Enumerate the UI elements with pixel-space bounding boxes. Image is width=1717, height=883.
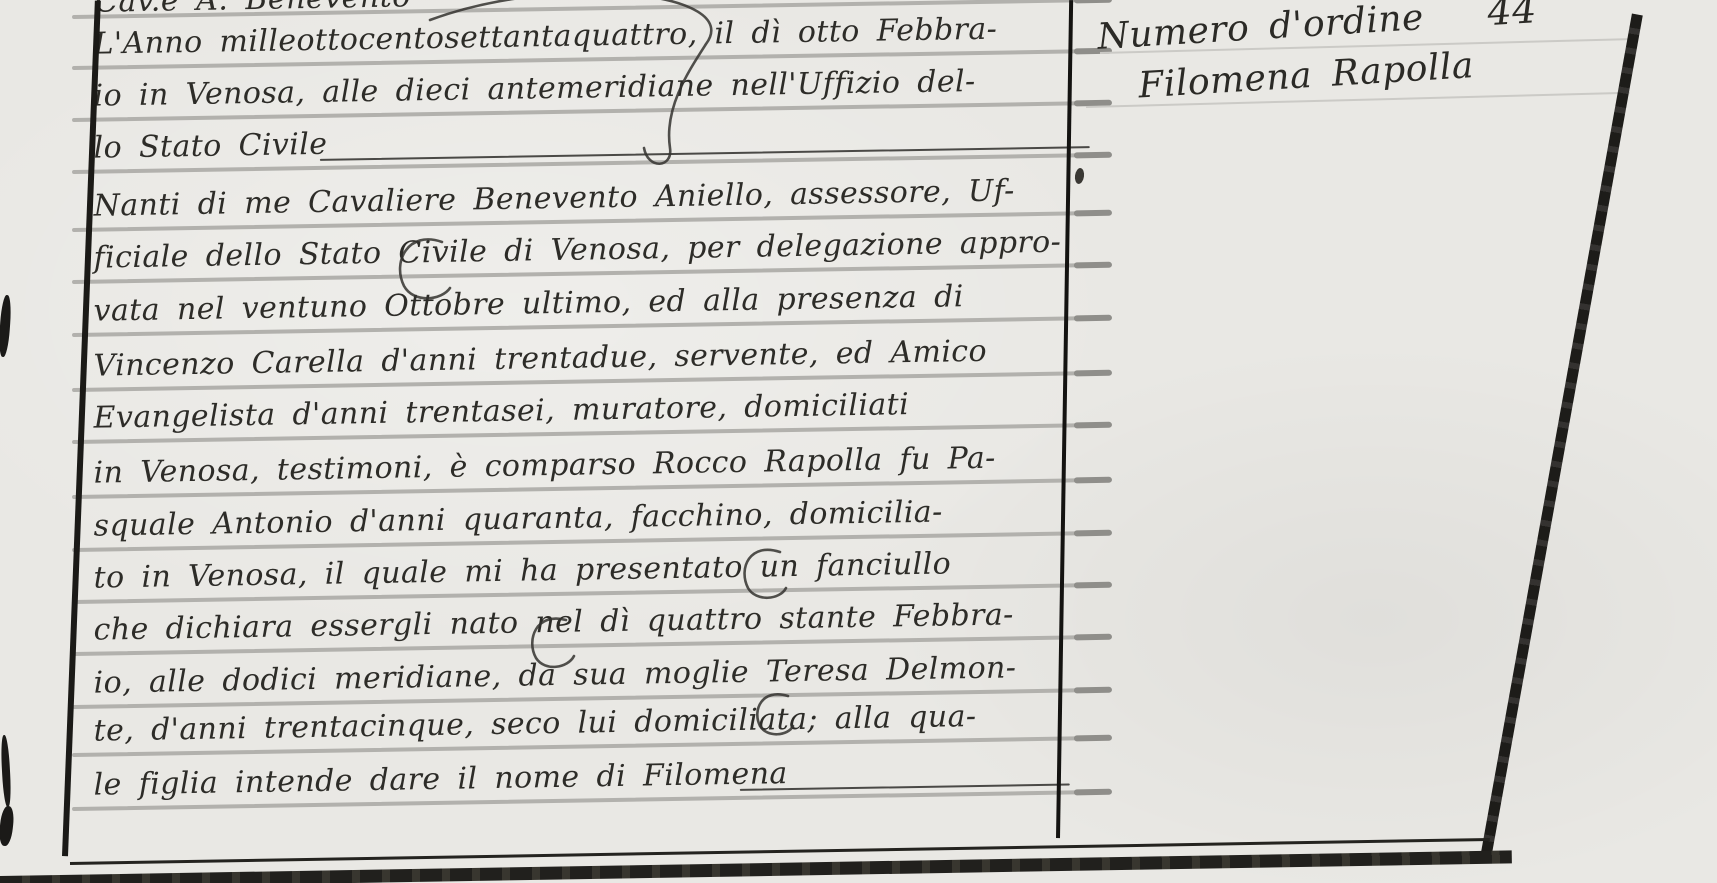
page-edge-smudge [0,805,15,846]
act-line-text: lo Stato Civile [93,127,327,166]
official-signature: Cav.e A. Benevento [95,0,411,20]
act-line-text: le figlia intende dare il nome di Filome… [93,756,788,803]
order-label: Numero d'ordine [1096,0,1425,58]
right-border [1480,14,1643,860]
ruled-line: io in Venosa, alle dieci antemeridiane n… [72,101,1112,118]
baseline-dash [740,783,1070,790]
ruled-line: squale Antonio d'anni quaranta, facchino… [72,531,1112,548]
order-number: 44 [1486,0,1538,34]
ink-blot [1074,167,1085,184]
ruled-line: Vincenzo Carella d'anni trentadue, serve… [72,371,1112,388]
ruled-line: che dichiara essergli nato nel dì quattr… [72,635,1112,652]
ruled-line: ficiale dello Stato Civile di Venosa, pe… [72,263,1112,280]
ruled-line: in Venosa, testimoni, è comparso Rocco R… [72,478,1112,495]
margin-column: Numero d'ordine44 Filomena Rapolla [1096,0,1581,109]
page-edge-smudge [0,735,12,807]
ruled-line: vata nel ventuno Ottobre ultimo, ed alla… [72,316,1112,333]
ruled-line: le figlia intende dare il nome di Filome… [72,790,1112,807]
ruled-line: Evangelista d'anni trentasei, muratore, … [72,423,1112,440]
bottom-border-outer [0,850,1512,883]
column-divider [1056,0,1073,838]
ruled-line: te, d'anni trentacinque, seco lui domici… [72,736,1112,753]
page-edge-smudge [0,295,12,358]
ruled-line: lo Stato Civile [72,153,1112,170]
scanned-record-page: L'Anno milleottocentosettantaquattro, il… [0,0,1717,883]
